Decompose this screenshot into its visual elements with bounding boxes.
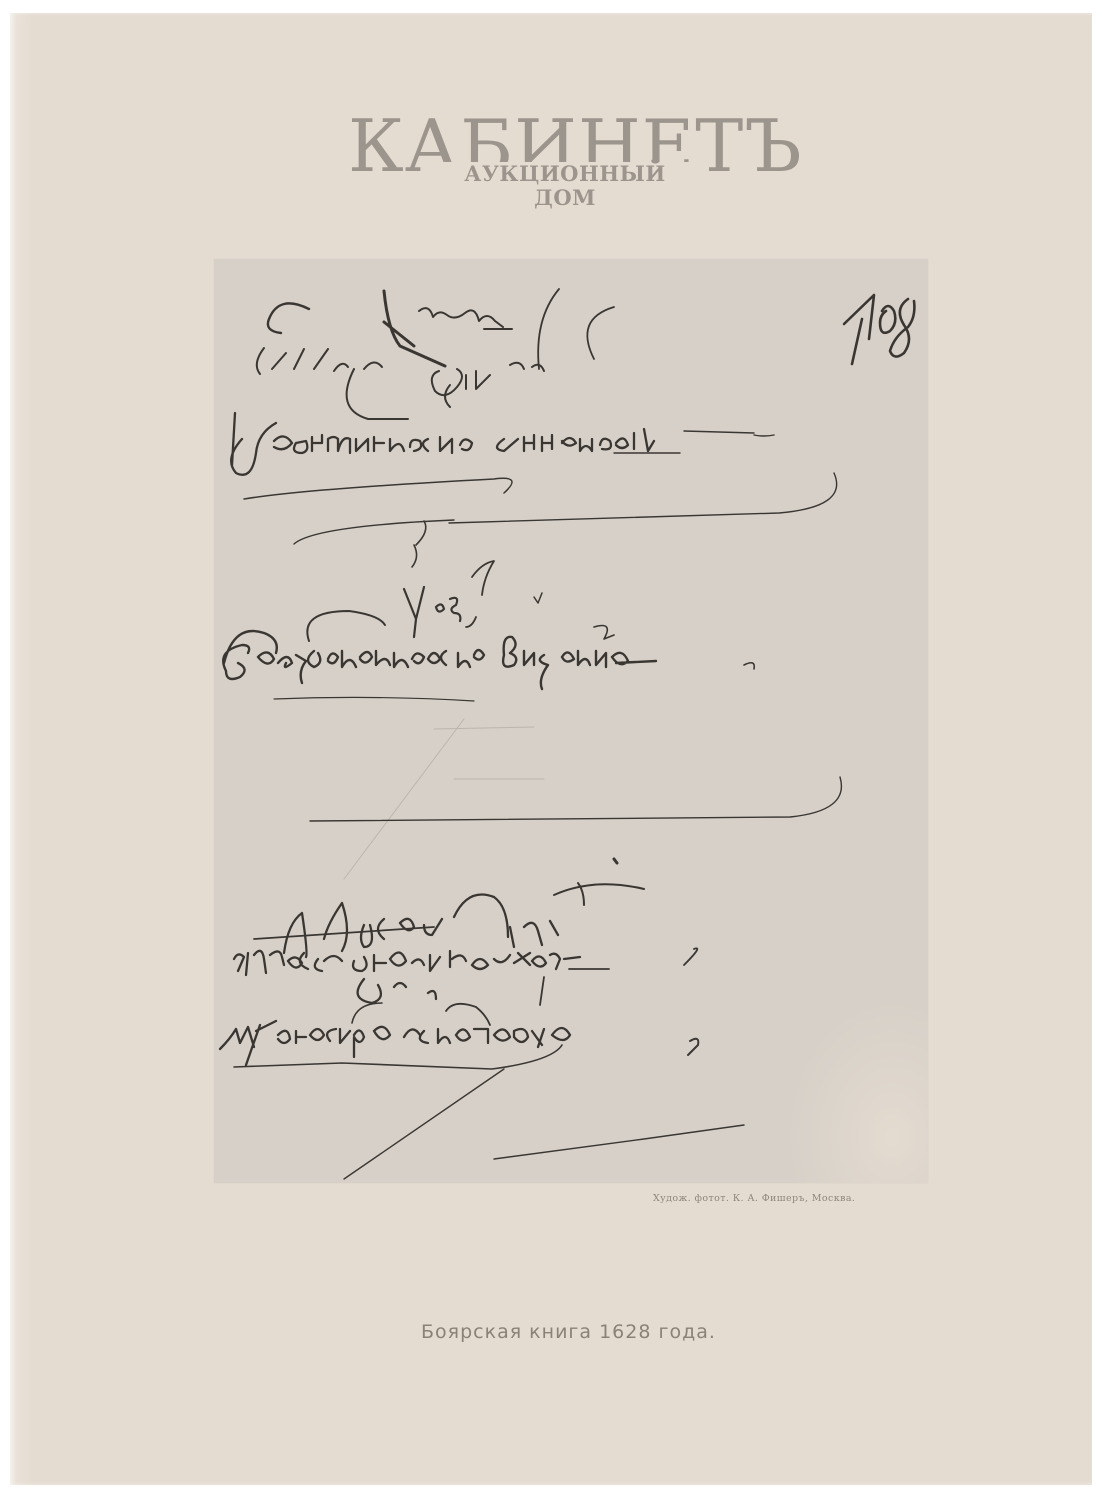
watermark-subtitle: АУКЦИОННЫЙ ДОМ [428, 162, 702, 210]
handwriting-image [214, 259, 928, 1183]
watermark-logo: КАБИНЕТЪ АУКЦИОННЫЙ ДОМ [348, 106, 768, 201]
plate-caption: Боярская книга 1628 года. [421, 1321, 761, 1343]
book-page: КАБИНЕТЪ АУКЦИОННЫЙ ДОМ [10, 13, 1092, 1485]
manuscript-plate [214, 259, 928, 1183]
photographer-credit: Худож. фотот. К. А. Фишеръ, Москва. [653, 1193, 855, 1204]
